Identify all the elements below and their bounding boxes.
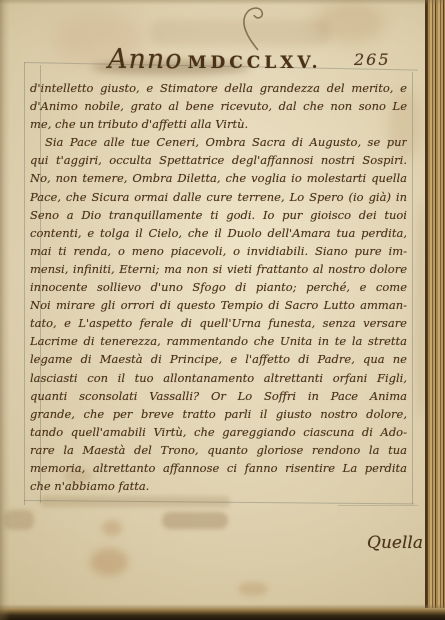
manuscript-text-block: d'intelletto giusto, e Stimatore della g…: [30, 79, 407, 495]
book-bottom-edge: [0, 608, 445, 620]
frame-bottom-rule-2: [338, 505, 418, 506]
frame-left-rule-outer: [24, 62, 25, 505]
manuscript-line: tando quell'amabili Virtù, che gareggian…: [30, 423, 407, 441]
manuscript-line: Lacrime di tenerezza, rammentando che Un…: [30, 332, 407, 350]
manuscript-line: legame di Maestà di Principe, e l'affett…: [30, 350, 407, 368]
stain: [315, 2, 385, 44]
manuscript-line: No, non temere, Ombra Diletta, che vogli…: [30, 169, 407, 187]
manuscript-line: contenti, e tolga il Cielo, che il Duolo…: [30, 224, 407, 242]
book-gutter-shadow: [0, 0, 10, 620]
frame-right-rule: [412, 72, 413, 504]
manuscript-page: Anno MDCCLXV. 265 d'intelletto giusto, e…: [0, 0, 445, 620]
manuscript-line: grande, che per breve tratto parli il gi…: [30, 405, 407, 423]
catchword: Quella: [367, 533, 423, 553]
manuscript-line: memoria, altrettanto affannose ci fanno …: [30, 459, 407, 477]
manuscript-line: quanti sconsolati Vassalli? Or Lo Soffri…: [30, 387, 407, 405]
manuscript-line: innocente sollievo d'uno Sfogo di pianto…: [30, 278, 407, 296]
manuscript-line: Pace, che Sicura ormai dalle cure terren…: [30, 188, 407, 206]
page-header: Anno MDCCLXV.: [108, 44, 338, 75]
manuscript-line: mai ti renda, o meno piacevoli, o invidi…: [30, 242, 407, 260]
manuscript-line: tato, e L'aspetto ferale di quell'Urna f…: [30, 314, 407, 332]
manuscript-line: d'intelletto giusto, e Stimatore della g…: [30, 79, 407, 97]
stain: [238, 582, 268, 596]
page-number: 265: [354, 50, 391, 69]
manuscript-line: qui t'aggiri, occulta Spettatrice degl'a…: [30, 151, 407, 169]
manuscript-line: me, che un tributo d'affetti alla Virtù.: [30, 115, 407, 133]
page-top-edge: [0, 0, 445, 5]
book-page-stack-edge: [425, 0, 445, 612]
showthrough-script: [162, 512, 228, 529]
stain: [90, 548, 128, 576]
header-anno: Anno: [108, 44, 183, 75]
header-year-roman: MDCCLXV.: [188, 53, 322, 73]
manuscript-line: d'Animo nobile, grato al bene ricevuto, …: [30, 97, 407, 115]
manuscript-line: mensi, infiniti, Eterni; ma non si vieti…: [30, 260, 407, 278]
manuscript-line: rare la Maestà del Trono, quanto glorios…: [30, 441, 407, 459]
manuscript-line: che n'abbiamo fatta.: [30, 477, 407, 495]
manuscript-line: Seno a Dio tranquillamente ti godi. Io p…: [30, 206, 407, 224]
manuscript-line: lasciasti con il tuo allontanamento altr…: [30, 369, 407, 387]
stain: [102, 520, 122, 536]
manuscript-line: Noi mirare gli orrori di questo Tempio d…: [30, 296, 407, 314]
frame-bottom-rule: [24, 500, 414, 504]
manuscript-line: Sia Pace alle tue Ceneri, Ombra Sacra di…: [30, 133, 407, 151]
